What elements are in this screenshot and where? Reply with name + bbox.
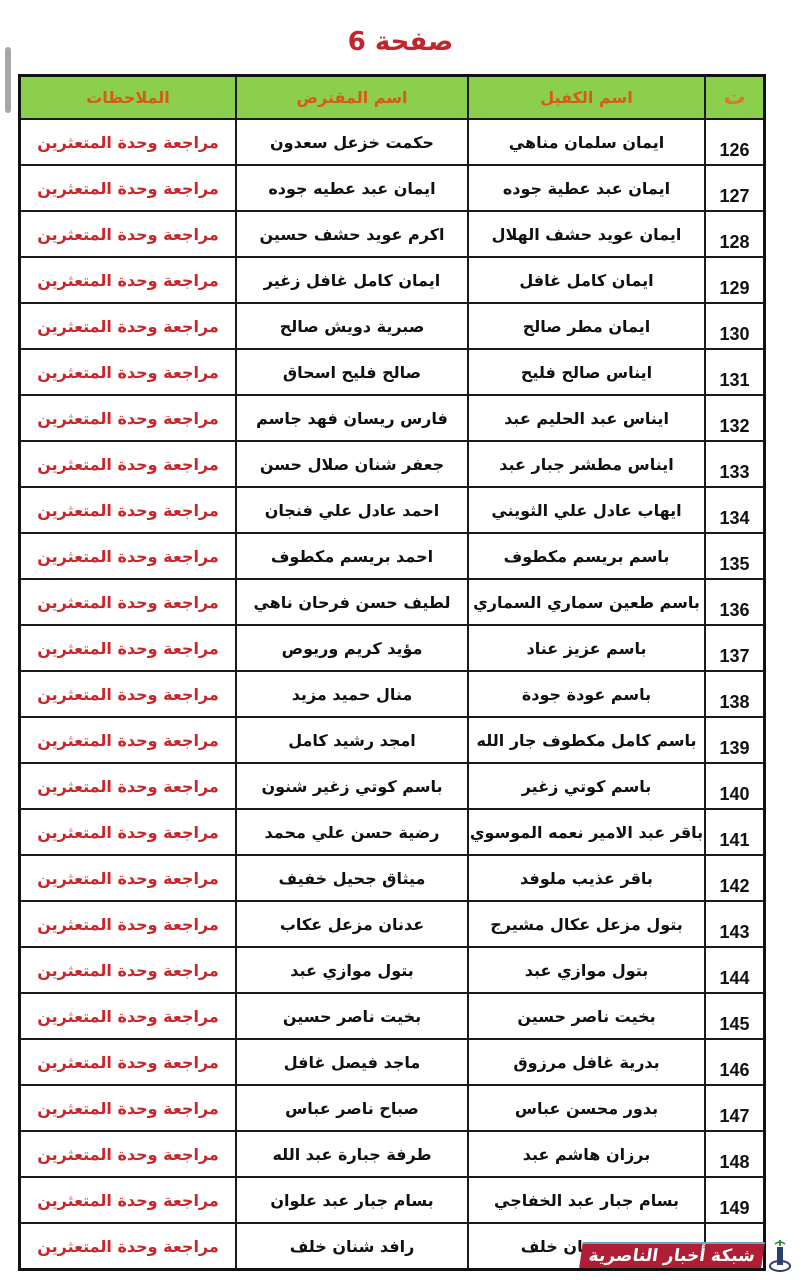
cell-guarantor: باسم طعين سماري السماري — [468, 579, 705, 625]
cell-borrower: احمد عادل علي فنجان — [236, 487, 468, 533]
cell-borrower: رضية حسن علي محمد — [236, 809, 468, 855]
guarantors-table-container: ت اسم الكفيل اسم المقترض الملاحظات 126اي… — [18, 74, 766, 1271]
cell-num: 132 — [705, 395, 765, 441]
cell-notes: مراجعة وحدة المتعثرين — [20, 671, 237, 717]
cell-borrower: صالح فليح اسحاق — [236, 349, 468, 395]
cell-notes: مراجعة وحدة المتعثرين — [20, 717, 237, 763]
table-row: 136باسم طعين سماري السماريلطيف حسن فرحان… — [20, 579, 765, 625]
table-row: 127ايمان عبد عطية جودهايمان عبد عطيه جود… — [20, 165, 765, 211]
table-row: 134ايهاب عادل علي الثوينياحمد عادل علي ف… — [20, 487, 765, 533]
cell-borrower: ميثاق جحيل خفيف — [236, 855, 468, 901]
cell-num: 141 — [705, 809, 765, 855]
cell-notes: مراجعة وحدة المتعثرين — [20, 165, 237, 211]
cell-guarantor: باسم بريسم مكطوف — [468, 533, 705, 579]
header-notes: الملاحظات — [20, 76, 237, 120]
cell-borrower: بخيت ناصر حسين — [236, 993, 468, 1039]
cell-borrower: فارس ريسان فهد جاسم — [236, 395, 468, 441]
cell-num: 133 — [705, 441, 765, 487]
cell-num: 146 — [705, 1039, 765, 1085]
cell-borrower: عدنان مزعل عكاب — [236, 901, 468, 947]
cell-guarantor: برزان هاشم عبد — [468, 1131, 705, 1177]
cell-notes: مراجعة وحدة المتعثرين — [20, 855, 237, 901]
cell-num: 136 — [705, 579, 765, 625]
cell-borrower: طرفة جبارة عبد الله — [236, 1131, 468, 1177]
cell-borrower: اكرم عويد حشف حسين — [236, 211, 468, 257]
cell-guarantor: ايمان كامل غافل — [468, 257, 705, 303]
cell-notes: مراجعة وحدة المتعثرين — [20, 901, 237, 947]
cell-guarantor: بسام جبار عبد الخفاجي — [468, 1177, 705, 1223]
cell-num: 138 — [705, 671, 765, 717]
table-header-row: ت اسم الكفيل اسم المقترض الملاحظات — [20, 76, 765, 120]
table-row: 129ايمان كامل غافلايمان كامل غافل زغيرمر… — [20, 257, 765, 303]
cell-num: 149 — [705, 1177, 765, 1223]
cell-notes: مراجعة وحدة المتعثرين — [20, 349, 237, 395]
cell-num: 126 — [705, 119, 765, 165]
cell-borrower: ايمان كامل غافل زغير — [236, 257, 468, 303]
cell-notes: مراجعة وحدة المتعثرين — [20, 257, 237, 303]
cell-guarantor: بدرية غافل مرزوق — [468, 1039, 705, 1085]
cell-num: 144 — [705, 947, 765, 993]
cell-num: 139 — [705, 717, 765, 763]
cell-borrower: بسام جبار عبد علوان — [236, 1177, 468, 1223]
cell-guarantor: ايناس عبد الحليم عبد — [468, 395, 705, 441]
cell-borrower: ماجد فيصل غافل — [236, 1039, 468, 1085]
cell-num: 137 — [705, 625, 765, 671]
table-row: 137باسم عزيز عنادمؤيد كريم وريوصمراجعة و… — [20, 625, 765, 671]
watermark-text: شبكة أخبار الناصرية — [579, 1242, 765, 1268]
cell-notes: مراجعة وحدة المتعثرين — [20, 119, 237, 165]
cell-borrower: لطيف حسن فرحان ناهي — [236, 579, 468, 625]
table-row: 126ايمان سلمان مناهيحكمت خزعل سعدونمراجع… — [20, 119, 765, 165]
table-row: 142باقر عذيب ملوفدميثاق جحيل خفيفمراجعة … — [20, 855, 765, 901]
table-row: 140باسم كوتي زغيرباسم كوتي زغير شنونمراج… — [20, 763, 765, 809]
cell-num: 129 — [705, 257, 765, 303]
header-guarantor: اسم الكفيل — [468, 76, 705, 120]
table-row: 130ايمان مطر صالحصبرية دويش صالحمراجعة و… — [20, 303, 765, 349]
cell-num: 134 — [705, 487, 765, 533]
table-row: 132ايناس عبد الحليم عبدفارس ريسان فهد جا… — [20, 395, 765, 441]
cell-notes: مراجعة وحدة المتعثرين — [20, 303, 237, 349]
cell-notes: مراجعة وحدة المتعثرين — [20, 763, 237, 809]
cell-guarantor: ايمان عبد عطية جوده — [468, 165, 705, 211]
cell-num: 143 — [705, 901, 765, 947]
cell-borrower: ايمان عبد عطيه جوده — [236, 165, 468, 211]
cell-guarantor: ايناس صالح فليح — [468, 349, 705, 395]
table-row: 131ايناس صالح فليحصالح فليح اسحاقمراجعة … — [20, 349, 765, 395]
table-row: 146بدرية غافل مرزوقماجد فيصل غافلمراجعة … — [20, 1039, 765, 1085]
cell-borrower: صباح ناصر عباس — [236, 1085, 468, 1131]
cell-guarantor: بتول موازي عبد — [468, 947, 705, 993]
cell-notes: مراجعة وحدة المتعثرين — [20, 579, 237, 625]
cell-guarantor: باسم كوتي زغير — [468, 763, 705, 809]
cell-notes: مراجعة وحدة المتعثرين — [20, 1039, 237, 1085]
header-borrower: اسم المقترض — [236, 76, 468, 120]
cell-num: 148 — [705, 1131, 765, 1177]
cell-guarantor: باسم كامل مكطوف جار الله — [468, 717, 705, 763]
cell-notes: مراجعة وحدة المتعثرين — [20, 211, 237, 257]
cell-notes: مراجعة وحدة المتعثرين — [20, 487, 237, 533]
table-body: 126ايمان سلمان مناهيحكمت خزعل سعدونمراجع… — [20, 119, 765, 1270]
table-row: 148برزان هاشم عبدطرفة جبارة عبد اللهمراج… — [20, 1131, 765, 1177]
mosque-logo-icon — [769, 1238, 791, 1272]
table-row: 145بخيت ناصر حسينبخيت ناصر حسينمراجعة وح… — [20, 993, 765, 1039]
table-row: 141باقر عبد الامير نعمه الموسويرضية حسن … — [20, 809, 765, 855]
cell-borrower: بتول موازي عبد — [236, 947, 468, 993]
cell-notes: مراجعة وحدة المتعثرين — [20, 1223, 237, 1270]
cell-guarantor: ايمان سلمان مناهي — [468, 119, 705, 165]
cell-guarantor: باقر عذيب ملوفد — [468, 855, 705, 901]
cell-borrower: صبرية دويش صالح — [236, 303, 468, 349]
cell-guarantor: بخيت ناصر حسين — [468, 993, 705, 1039]
table-row: 128ايمان عويد حشف الهلالاكرم عويد حشف حس… — [20, 211, 765, 257]
cell-num: 147 — [705, 1085, 765, 1131]
cell-borrower: حكمت خزعل سعدون — [236, 119, 468, 165]
cell-guarantor: باسم عزيز عناد — [468, 625, 705, 671]
table-row: 144بتول موازي عبدبتول موازي عبدمراجعة وح… — [20, 947, 765, 993]
table-row: 135باسم بريسم مكطوفاحمد بريسم مكطوفمراجع… — [20, 533, 765, 579]
table-row: 147بدور محسن عباسصباح ناصر عباسمراجعة وح… — [20, 1085, 765, 1131]
table-row: 138باسم عودة جودةمنال حميد مزيدمراجعة وح… — [20, 671, 765, 717]
cell-guarantor: ايمان مطر صالح — [468, 303, 705, 349]
cell-guarantor: بدور محسن عباس — [468, 1085, 705, 1131]
table-row: 139باسم كامل مكطوف جار اللهامجد رشيد كام… — [20, 717, 765, 763]
cell-guarantor: ايهاب عادل علي الثويني — [468, 487, 705, 533]
page-title: صفحة 6 — [0, 22, 801, 62]
table-row: 149بسام جبار عبد الخفاجيبسام جبار عبد عل… — [20, 1177, 765, 1223]
cell-notes: مراجعة وحدة المتعثرين — [20, 993, 237, 1039]
cell-notes: مراجعة وحدة المتعثرين — [20, 625, 237, 671]
table-row: 143بتول مزعل عكال مشيرجعدنان مزعل عكابمر… — [20, 901, 765, 947]
cell-num: 128 — [705, 211, 765, 257]
cell-borrower: باسم كوتي زغير شنون — [236, 763, 468, 809]
header-num: ت — [705, 76, 765, 120]
guarantors-table: ت اسم الكفيل اسم المقترض الملاحظات 126اي… — [18, 74, 766, 1271]
cell-borrower: رافد شنان خلف — [236, 1223, 468, 1270]
cell-num: 131 — [705, 349, 765, 395]
cell-borrower: منال حميد مزيد — [236, 671, 468, 717]
cell-notes: مراجعة وحدة المتعثرين — [20, 1131, 237, 1177]
cell-notes: مراجعة وحدة المتعثرين — [20, 809, 237, 855]
cell-borrower: مؤيد كريم وريوص — [236, 625, 468, 671]
cell-notes: مراجعة وحدة المتعثرين — [20, 533, 237, 579]
cell-guarantor: باقر عبد الامير نعمه الموسوي — [468, 809, 705, 855]
cell-notes: مراجعة وحدة المتعثرين — [20, 441, 237, 487]
cell-guarantor: ايمان عويد حشف الهلال — [468, 211, 705, 257]
cell-notes: مراجعة وحدة المتعثرين — [20, 1177, 237, 1223]
cell-notes: مراجعة وحدة المتعثرين — [20, 1085, 237, 1131]
cell-num: 142 — [705, 855, 765, 901]
cell-borrower: احمد بريسم مكطوف — [236, 533, 468, 579]
cell-num: 135 — [705, 533, 765, 579]
cell-guarantor: ايناس مطشر جبار عبد — [468, 441, 705, 487]
cell-num: 127 — [705, 165, 765, 211]
cell-num: 145 — [705, 993, 765, 1039]
cell-borrower: امجد رشيد كامل — [236, 717, 468, 763]
cell-notes: مراجعة وحدة المتعثرين — [20, 395, 237, 441]
cell-guarantor: بتول مزعل عكال مشيرج — [468, 901, 705, 947]
cell-num: 140 — [705, 763, 765, 809]
cell-guarantor: باسم عودة جودة — [468, 671, 705, 717]
table-row: 133ايناس مطشر جبار عبدجعفر شنان صلال حسن… — [20, 441, 765, 487]
cell-notes: مراجعة وحدة المتعثرين — [20, 947, 237, 993]
cell-borrower: جعفر شنان صلال حسن — [236, 441, 468, 487]
cell-num: 130 — [705, 303, 765, 349]
watermark: شبكة أخبار الناصرية — [581, 1238, 791, 1272]
